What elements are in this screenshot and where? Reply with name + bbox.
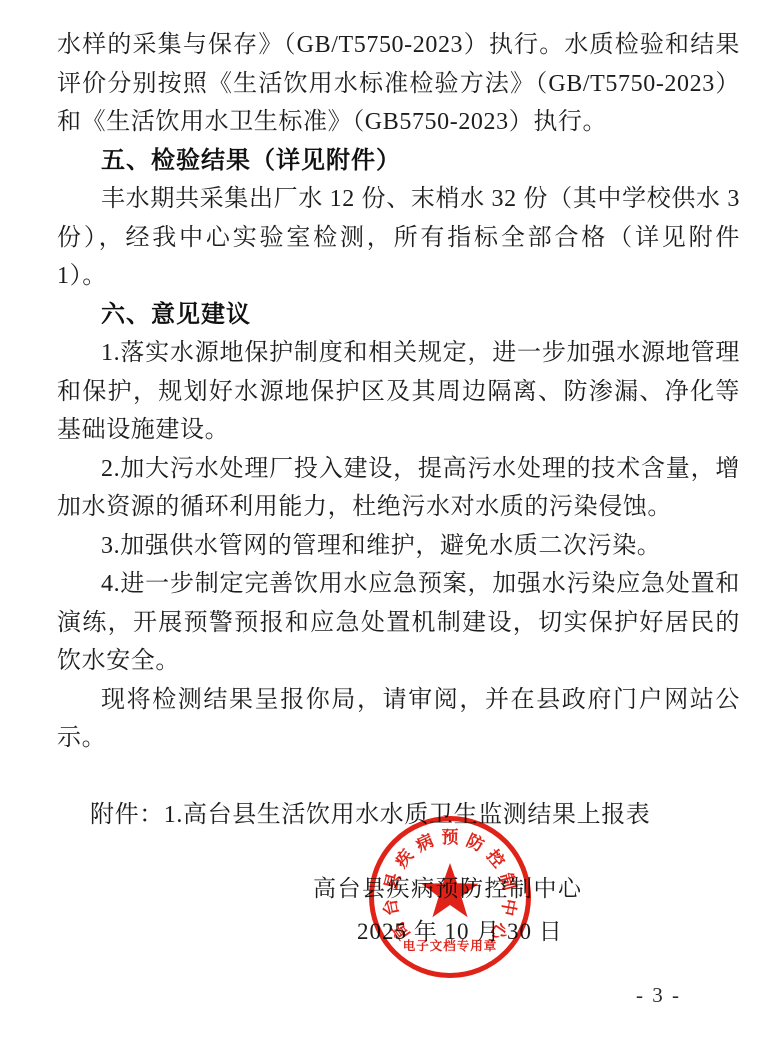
- seal-ring-char: 疾: [390, 845, 417, 872]
- signoff-date: 2025 年 10 月 30 日: [357, 913, 563, 946]
- seal-ring-char: 防: [463, 831, 486, 855]
- paragraph-sampling-results: 丰水期共采集出厂水 12 份、末梢水 32 份（其中学校供水 3 份），经我中心…: [57, 180, 740, 296]
- suggestion-item-1: 1.落实水源地保护制度和相关规定，进一步加强水源地管理和保护，规划好水源地保护区…: [57, 334, 740, 450]
- document-body: 水样的采集与保存》（GB/T5750-2023）执行。水质检验和结果评价分别按照…: [0, 0, 780, 835]
- signoff-organization: 高台县疾病预防控制中心: [313, 870, 583, 903]
- suggestion-item-3: 3.加强供水管网的管理和维护，避免水质二次污染。: [57, 527, 740, 566]
- page-number: - 3 -: [636, 983, 681, 1008]
- paragraph-closing: 现将检测结果呈报你局，请审阅，并在县政府门户网站公示。: [57, 681, 740, 758]
- suggestion-item-2: 2.加大污水处理厂投入建设，提高污水处理的技术含量，增加水资源的循环利用能力，杜…: [57, 450, 740, 527]
- section-heading-suggestions: 六、意见建议: [57, 296, 740, 335]
- suggestion-item-4: 4.进一步制定完善饮用水应急预案，加强水污染应急处置和演练，开展预警预报和应急处…: [57, 565, 740, 681]
- attachment-line: 附件：1.高台县生活饮用水水质卫生监测结果上报表: [57, 796, 740, 835]
- section-heading-results: 五、检验结果（详见附件）: [57, 142, 740, 181]
- paragraph-standards-continuation: 水样的采集与保存》（GB/T5750-2023）执行。水质检验和结果评价分别按照…: [57, 26, 740, 142]
- seal-ring-char: 控: [483, 845, 509, 871]
- document-page: 水样的采集与保存》（GB/T5750-2023）执行。水质检验和结果评价分别按照…: [0, 0, 780, 1040]
